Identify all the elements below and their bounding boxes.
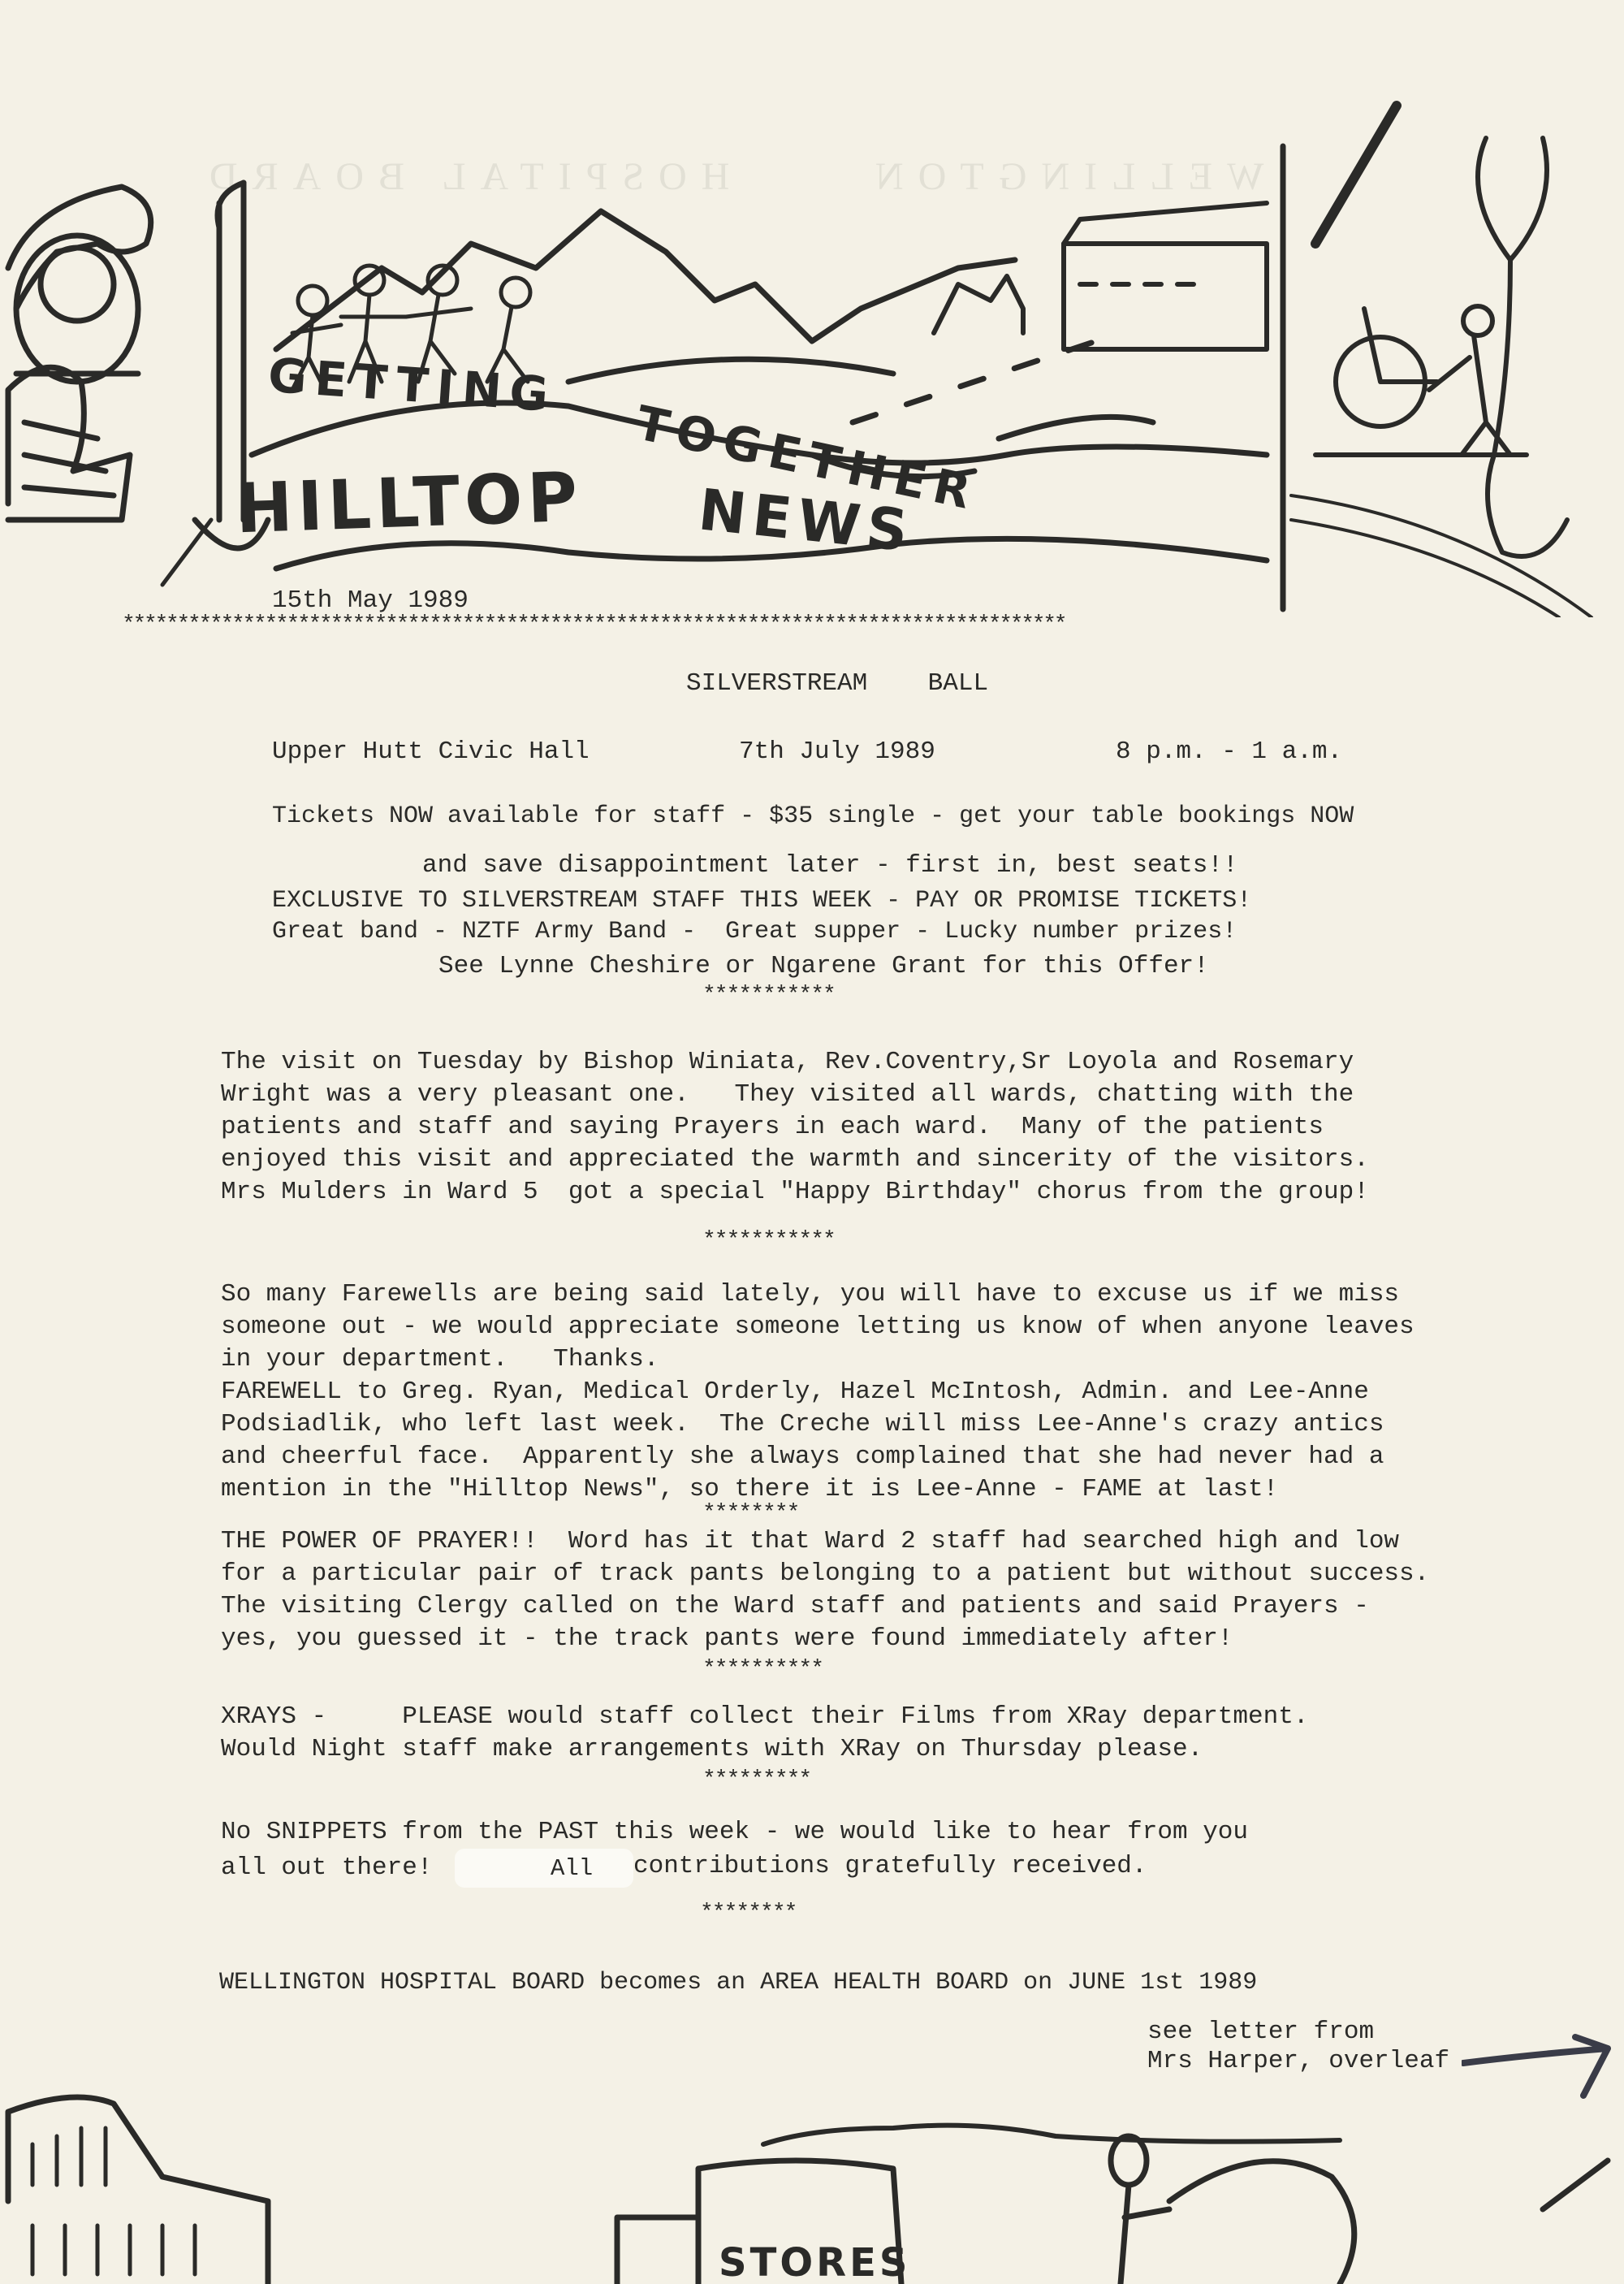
- farewell-line: Podsiadlik, who left last week. The Crec…: [221, 1412, 1384, 1437]
- board-announcement: WELLINGTON HOSPITAL BOARD becomes an ARE…: [219, 1970, 1257, 1995]
- separator-stars: *********: [702, 1767, 810, 1793]
- stores-sign: STORES: [719, 2240, 910, 2284]
- separator-stars: ********: [700, 1901, 796, 1926]
- ball-save: and save disappointment later - first in…: [422, 853, 1238, 878]
- visit-line: Wright was a very pleasant one. They vis…: [221, 1082, 1354, 1107]
- farewell-line: mention in the "Hilltop News", so there …: [221, 1477, 1278, 1502]
- bottom-illustration: STORES: [0, 2079, 1624, 2284]
- see-letter-line-1: see letter from: [1147, 2019, 1374, 2044]
- separator-stars: ***********: [702, 1228, 835, 1253]
- farewell-line: someone out - we would appreciate someon…: [221, 1314, 1415, 1339]
- xrays-line: Would Night staff make arrangements with…: [221, 1737, 1203, 1762]
- ball-title: SILVERSTREAM BALL: [686, 671, 988, 696]
- cloud-line: [763, 2126, 1340, 2144]
- farewell-line: and cheerful face. Apparently she always…: [221, 1444, 1384, 1469]
- prayer-line: The visiting Clergy called on the Ward s…: [221, 1594, 1369, 1619]
- farewell-line: So many Farewells are being said lately,…: [221, 1282, 1399, 1307]
- separator-stars: ********: [702, 1501, 798, 1526]
- person-with-trolley-icon: [1111, 2136, 1608, 2284]
- snippets-line-2b: All: [551, 1857, 593, 1880]
- see-letter-line-2: Mrs Harper, overleaf: [1147, 2048, 1449, 2074]
- farewell-line: FAREWELL to Greg. Ryan, Medical Orderly,…: [221, 1379, 1369, 1404]
- visit-line: enjoyed this visit and appreciated the w…: [221, 1147, 1369, 1172]
- farewell-line: in your department. Thanks.: [221, 1347, 659, 1372]
- issue-date: 15th May 1989: [272, 588, 469, 613]
- ball-time: 8 p.m. - 1 a.m.: [1116, 739, 1342, 764]
- prayer-line: for a particular pair of track pants bel…: [221, 1561, 1429, 1586]
- xrays-line: XRAYS - PLEASE would staff collect their…: [221, 1704, 1308, 1729]
- snippets-line-1: No SNIPPETS from the PAST this week - we…: [221, 1819, 1248, 1845]
- telephone-icon: [8, 187, 151, 382]
- title-hilltop: HILLTOP: [234, 457, 583, 549]
- correction-fluid-patch: [455, 1849, 633, 1888]
- separator-stars: **********: [702, 1657, 823, 1682]
- ball-contact: See Lynne Cheshire or Ngarene Grant for …: [438, 954, 1209, 979]
- visit-line: The visit on Tuesday by Bishop Winiata, …: [221, 1049, 1354, 1075]
- visit-line: patients and staff and saying Prayers in…: [221, 1114, 1324, 1140]
- prayer-line: THE POWER OF PRAYER!! Word has it that W…: [221, 1529, 1399, 1554]
- snippets-line-2c: contributions gratefully received.: [633, 1854, 1147, 1879]
- wheelchair-icon: [1315, 306, 1527, 455]
- basket-icon: [8, 367, 130, 520]
- ball-date: 7th July 1989: [739, 739, 935, 764]
- hospital-building-icon: [8, 2097, 268, 2284]
- masthead: GETTING TOGETHER HILLTOP NEWS: [0, 0, 1624, 617]
- separator-stars: ***********: [702, 983, 835, 1008]
- houses: [934, 203, 1267, 349]
- stethoscope-icon: [1478, 138, 1567, 556]
- ball-band: Great band - NZTF Army Band - Great supp…: [272, 919, 1237, 944]
- ball-tickets: Tickets NOW available for staff - $35 si…: [272, 804, 1354, 828]
- visit-line: Mrs Mulders in Ward 5 got a special "Hap…: [221, 1179, 1369, 1205]
- snippets-line-2a: all out there!: [221, 1855, 432, 1880]
- ball-venue: Upper Hutt Civic Hall: [272, 739, 590, 764]
- mountains: [276, 211, 1015, 349]
- prayer-line: yes, you guessed it - the track pants we…: [221, 1626, 1233, 1651]
- separator-stars: ****************************************…: [122, 614, 1065, 637]
- ball-exclusive: EXCLUSIVE TO SILVERSTREAM STAFF THIS WEE…: [272, 889, 1251, 913]
